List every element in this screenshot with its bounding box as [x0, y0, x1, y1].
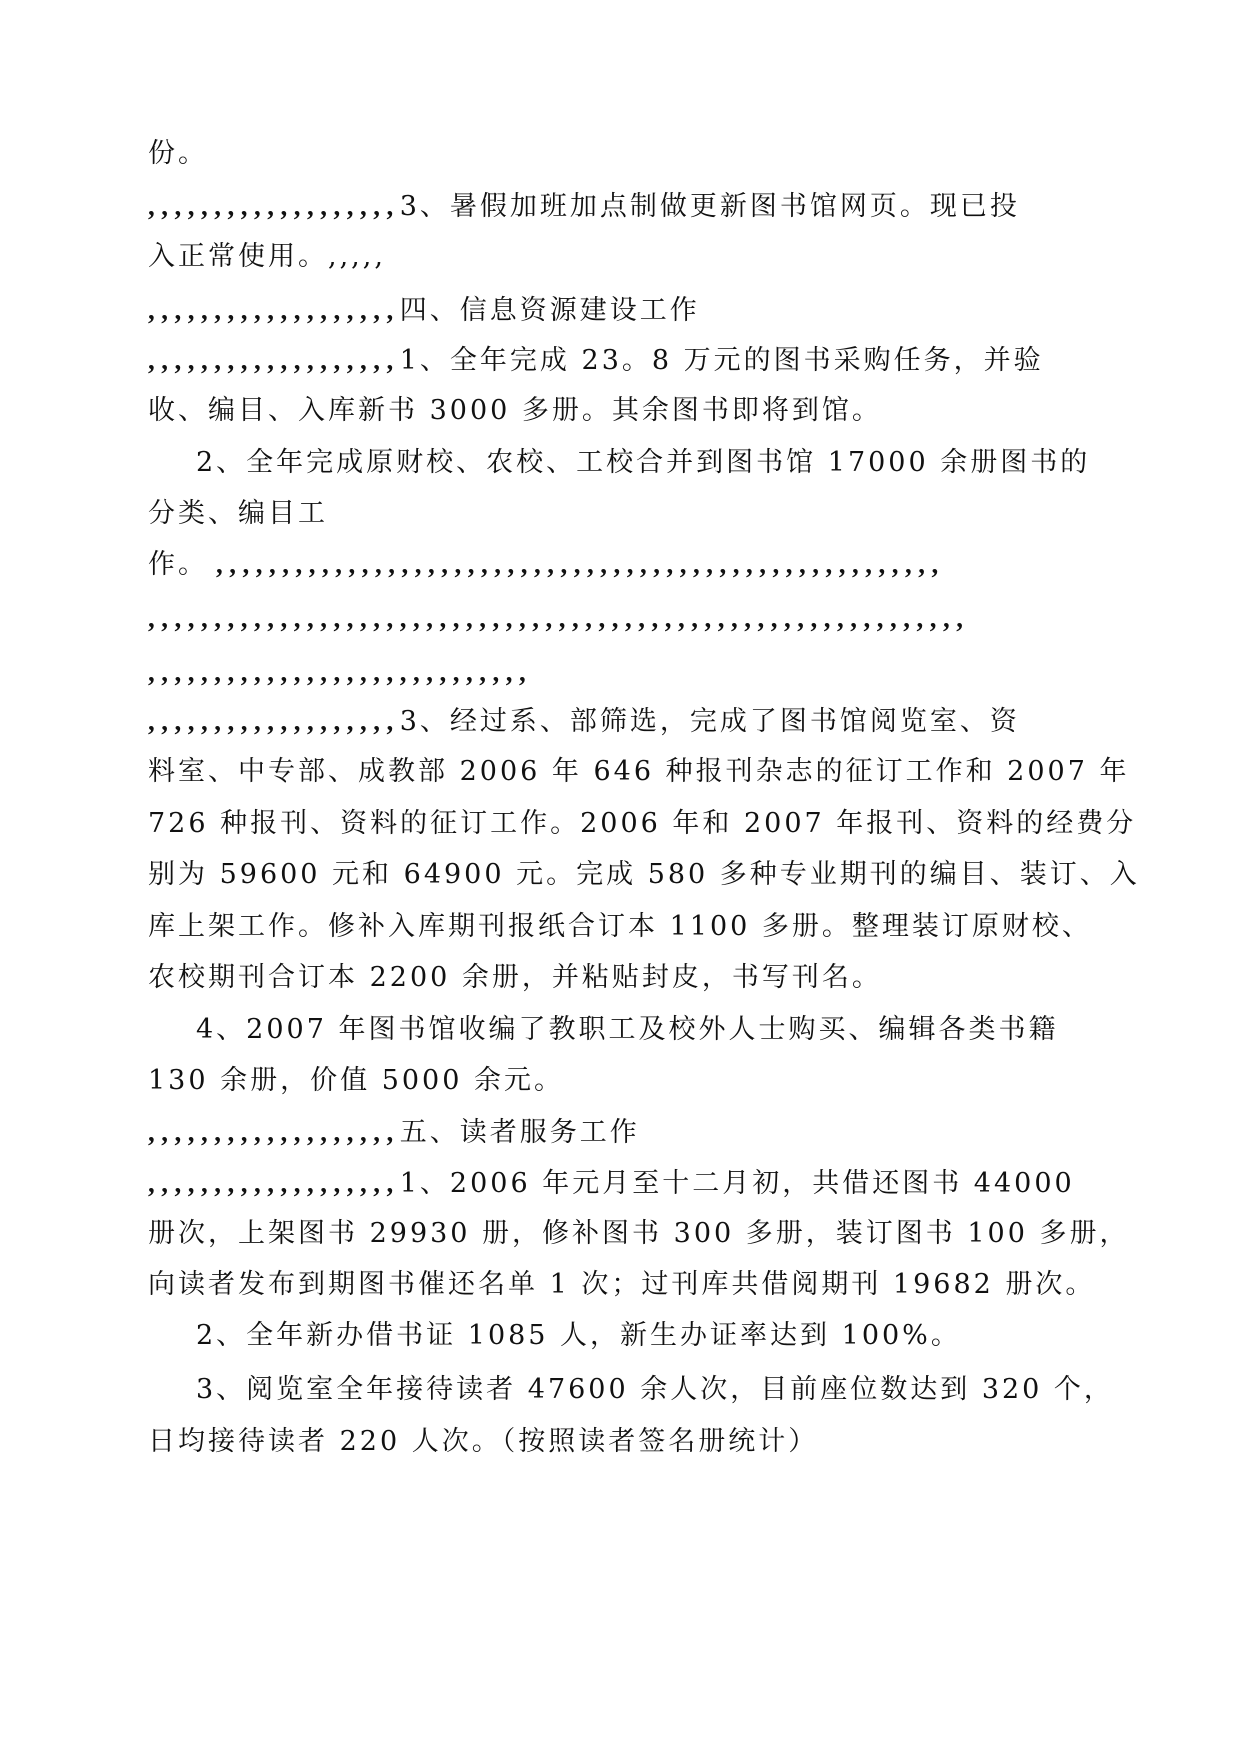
line-text: 130 余册，价值 5000 余元。: [148, 1065, 564, 1096]
line-text: 1、全年完成 23。8 万元的图书采购任务，并验: [400, 345, 1044, 376]
comma-filler: ,,,,,,,,,,,,,,,,,,,: [148, 295, 400, 325]
text-line: 2、全年新办借书证 1085 人，新生办证率达到 100%。: [196, 1316, 961, 1356]
text-line: 向读者发布到期图书催还名单 1 次；过刊库共借阅期刊 19682 册次。: [148, 1265, 1095, 1305]
heading-text: 四、信息资源建设工作: [400, 295, 700, 326]
comma-filler: ,,,,,,,,,,,,,,,,,,,: [148, 706, 400, 736]
comma-filler: ,,,,,,,,,,,,,,,,,,,,,,,,,,,,,: [148, 657, 532, 687]
line-text: 2、全年新办借书证 1085 人，新生办证率达到 100%。: [196, 1320, 961, 1351]
text-line: ,,,,,,,,,,,,,,,,,,,1、2006 年元月至十二月初，共借还图书…: [148, 1163, 1075, 1203]
line-text: 农校期刊合订本 2200 余册，并粘贴封皮，书写刊名。: [148, 962, 882, 993]
text-line: 收、编目、入库新书 3000 多册。其余图书即将到馆。: [148, 391, 882, 431]
line-text: 3、暑假加班加点制做更新图书馆网页。现已投: [400, 191, 1020, 222]
text-line: 分类、编目工: [148, 494, 328, 534]
line-text: 3、阅览室全年接待读者 47600 余人次，目前座位数达到 320 个，: [196, 1374, 1114, 1405]
line-text: 别为 59600 元和 64900 元。完成 580 多种专业期刊的编目、装订、…: [148, 859, 1140, 890]
line-text: 料室、中专部、成教部 2006 年 646 种报刊杂志的征订工作和 2007 年: [148, 756, 1129, 787]
text-line: 册次，上架图书 29930 册，修补图书 300 多册，装订图书 100 多册，: [148, 1214, 1129, 1254]
text-line: ,,,,,,,,,,,,,,,,,,,3、经过系、部筛选，完成了图书馆阅览室、资: [148, 701, 1020, 741]
comma-line: ,,,,,,,,,,,,,,,,,,,,,,,,,,,,,: [148, 652, 532, 692]
text-line: 日均接待读者 220 人次。（按照读者签名册统计）: [148, 1422, 818, 1462]
text-line: 726 种报刊、资料的征订工作。2006 年和 2007 年报刊、资料的经费分: [148, 804, 1136, 844]
section-heading: ,,,,,,,,,,,,,,,,,,,五、读者服务工作: [148, 1112, 640, 1152]
line-text: 收、编目、入库新书 3000 多册。其余图书即将到馆。: [148, 395, 882, 426]
section-heading: ,,,,,,,,,,,,,,,,,,,四、信息资源建设工作: [148, 290, 700, 330]
comma-filler: ,,,,,,,,,,,,,,,,,,,: [148, 1117, 400, 1147]
text-line: 2、全年完成原财校、农校、工校合并到图书馆 17000 余册图书的: [196, 443, 1090, 483]
text-line: 作。,,,,,,,,,,,,,,,,,,,,,,,,,,,,,,,,,,,,,,…: [148, 544, 945, 584]
line-text: 4、2007 年图书馆收编了教职工及校外人士购买、编辑各类书籍: [196, 1014, 1058, 1045]
line-text: 726 种报刊、资料的征订工作。2006 年和 2007 年报刊、资料的经费分: [148, 808, 1136, 839]
comma-filler: ,,,,,,,,,,,,,,,,,,,: [148, 345, 400, 375]
text-line: 料室、中专部、成教部 2006 年 646 种报刊杂志的征订工作和 2007 年: [148, 752, 1129, 792]
text-line: 别为 59600 元和 64900 元。完成 580 多种专业期刊的编目、装订、…: [148, 855, 1140, 895]
line-text: 册次，上架图书 29930 册，修补图书 300 多册，装订图书 100 多册，: [148, 1218, 1129, 1249]
text-line: ,,,,,,,,,,,,,,,,,,,1、全年完成 23。8 万元的图书采购任务…: [148, 340, 1044, 380]
line-text: 日均接待读者 220 人次。（按照读者签名册统计）: [148, 1426, 818, 1457]
comma-filler: ,,,,,,,,,,,,,,,,,,,,,,,,,,,,,,,,,,,,,,,,…: [216, 549, 945, 579]
line-text: 份。: [148, 138, 208, 169]
text-line: ,,,,,,,,,,,,,,,,,,,3、暑假加班加点制做更新图书馆网页。现已投: [148, 186, 1020, 226]
text-line: 库上架工作。修补入库期刊报纸合订本 1100 多册。整理装订原财校、: [148, 907, 1092, 947]
comma-filler: ,,,,,,,,,,,,,,,,,,,: [148, 1168, 400, 1198]
text-line: 4、2007 年图书馆收编了教职工及校外人士购买、编辑各类书籍: [196, 1010, 1058, 1050]
line-text: 1、2006 年元月至十二月初，共借还图书 44000: [400, 1168, 1075, 1199]
line-text: 2、全年完成原财校、农校、工校合并到图书馆 17000 余册图书的: [196, 447, 1090, 478]
comma-line: ,,,,,,,,,,,,,,,,,,,,,,,,,,,,,,,,,,,,,,,,…: [148, 598, 970, 638]
text-line: 3、阅览室全年接待读者 47600 余人次，目前座位数达到 320 个，: [196, 1370, 1114, 1410]
line-text: 向读者发布到期图书催还名单 1 次；过刊库共借阅期刊 19682 册次。: [148, 1269, 1095, 1300]
line-text: 入正常使用。,,,,,: [148, 241, 386, 272]
heading-text: 五、读者服务工作: [400, 1117, 640, 1148]
line-text: 作。: [148, 549, 208, 580]
comma-filler: ,,,,,,,,,,,,,,,,,,,: [148, 191, 400, 221]
text-line: 130 余册，价值 5000 余元。: [148, 1061, 564, 1101]
text-line: 份。: [148, 134, 208, 174]
line-text: 3、经过系、部筛选，完成了图书馆阅览室、资: [400, 706, 1020, 737]
text-line: 农校期刊合订本 2200 余册，并粘贴封皮，书写刊名。: [148, 958, 882, 998]
comma-filler: ,,,,,,,,,,,,,,,,,,,,,,,,,,,,,,,,,,,,,,,,…: [148, 603, 970, 633]
line-text: 分类、编目工: [148, 498, 328, 529]
line-text: 库上架工作。修补入库期刊报纸合订本 1100 多册。整理装订原财校、: [148, 911, 1092, 942]
text-line: 入正常使用。,,,,,: [148, 237, 386, 277]
